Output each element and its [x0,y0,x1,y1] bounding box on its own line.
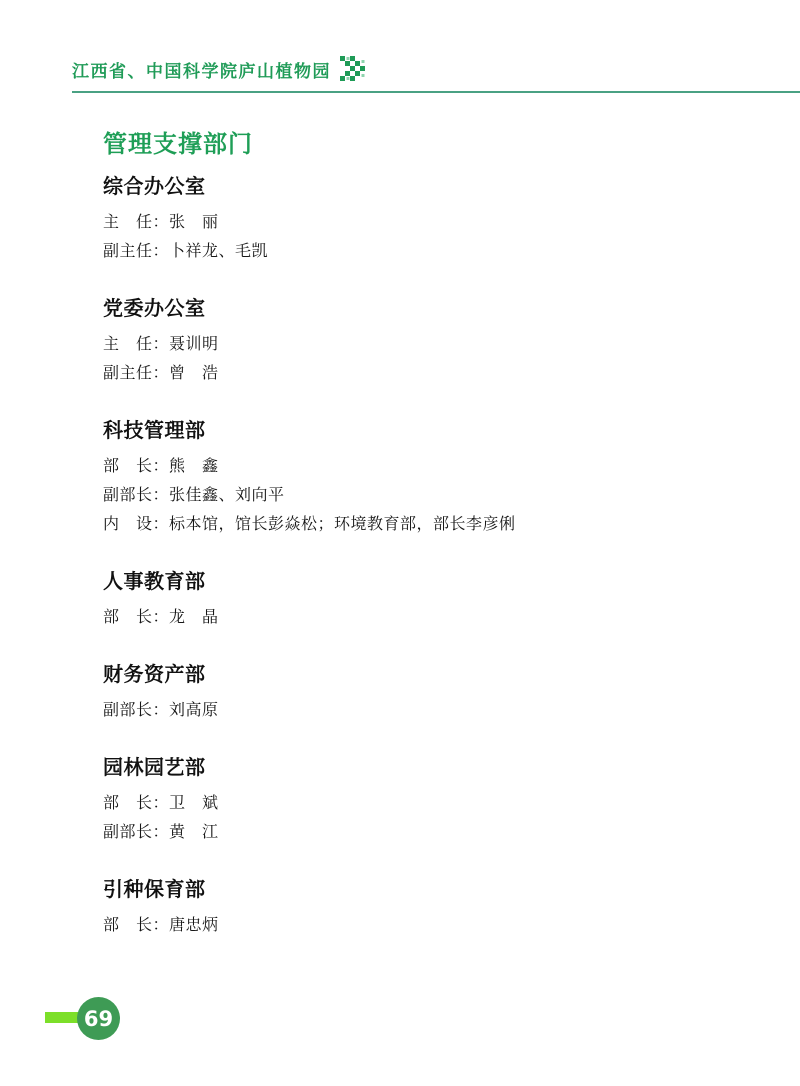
pixel-arrow-icon [340,56,366,85]
staff-line: 副主任：卜祥龙、毛凯 [103,236,750,265]
section-gardening-horticulture: 园林园艺部 部 长：卫 斌 副部长：黄 江 [103,754,750,846]
page-number-badge: 69 [77,997,120,1040]
section-introduction-conservation: 引种保育部 部 长：唐忠炳 [103,876,750,939]
section-hr-education: 人事教育部 部 长：龙 晶 [103,568,750,631]
staff-line: 副部长：张佳鑫、刘向平 [103,480,750,509]
organization-title: 江西省、中国科学院庐山植物园 [72,57,331,82]
page-title: 管理支撑部门 [103,128,750,160]
staff-line: 副主任：曾 浩 [103,358,750,387]
section-heading: 财务资产部 [103,661,750,687]
page-header: 江西省、中国科学院庐山植物园 [72,54,800,85]
section-heading: 人事教育部 [103,568,750,594]
section-heading: 园林园艺部 [103,754,750,780]
staff-line: 主 任：张 丽 [103,207,750,236]
section-general-office: 综合办公室 主 任：张 丽 副主任：卜祥龙、毛凯 [103,173,750,265]
page-content: 管理支撑部门 综合办公室 主 任：张 丽 副主任：卜祥龙、毛凯 党委办公室 主 … [103,128,750,969]
staff-line: 部 长：唐忠炳 [103,910,750,939]
staff-line: 内 设：标本馆，馆长彭焱松；环境教育部，部长李彦俐 [103,509,750,538]
staff-line: 部 长：卫 斌 [103,788,750,817]
staff-line: 副部长：刘高原 [103,695,750,724]
section-heading: 综合办公室 [103,173,750,199]
staff-line: 副部长：黄 江 [103,817,750,846]
staff-line: 部 长：龙 晶 [103,602,750,631]
section-heading: 科技管理部 [103,417,750,443]
staff-line: 主 任：聂训明 [103,329,750,358]
header-divider [72,91,800,93]
section-heading: 引种保育部 [103,876,750,902]
section-heading: 党委办公室 [103,295,750,321]
section-party-office: 党委办公室 主 任：聂训明 副主任：曾 浩 [103,295,750,387]
section-finance-assets: 财务资产部 副部长：刘高原 [103,661,750,724]
document-page: 江西省、中国科学院庐山植物园 [0,0,800,1086]
page-number: 69 [84,1007,113,1031]
section-sci-tech-management: 科技管理部 部 长：熊 鑫 副部长：张佳鑫、刘向平 内 设：标本馆，馆长彭焱松；… [103,417,750,538]
staff-line: 部 长：熊 鑫 [103,451,750,480]
